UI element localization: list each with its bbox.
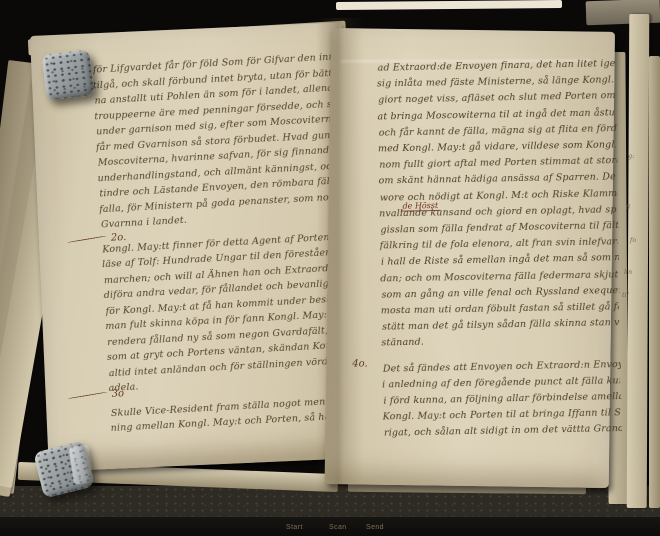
left-paragraph-3: Skulle Vice-Resident fram ställa nogot m…: [110, 392, 361, 436]
interlinear-insertion: de Hösst: [400, 201, 440, 212]
right-page-edge-stack: [649, 56, 660, 508]
right-page-edge-stack: [627, 14, 650, 508]
page-weight-stone-top: [41, 49, 94, 101]
right-paragraph-2: Det så fändes att Envoyen och Extraord:n…: [382, 357, 621, 442]
manuscript-line: stänand.: [381, 332, 619, 352]
right-page: 4o. de Hösst ad Extraord:de Envoyen fina…: [325, 28, 615, 488]
right-page-text: ad Extraord:de Envoyen finara, det han l…: [376, 56, 621, 451]
flourish-stroke: [67, 235, 107, 243]
left-page-text: för Lifgvardet får för föld Som för Gifv…: [92, 49, 362, 445]
book-scanner-preview: Start Scan Send g: 8 fo kn til 2o. 3o fö…: [0, 0, 660, 536]
edge-ink-mark: til: [622, 291, 629, 299]
manuscript-line: rigat, och sålan alt sidigt in om det vä…: [384, 421, 622, 442]
start-button[interactable]: Start: [286, 524, 303, 531]
send-button[interactable]: Send: [366, 524, 384, 531]
scan-button[interactable]: Scan: [329, 524, 347, 531]
margin-mark-4: 4o.: [352, 358, 368, 369]
edge-ink-mark: g:: [628, 152, 634, 160]
left-paragraph-1: för Lifgvardet får för föld Som för Gifv…: [92, 49, 351, 232]
edge-ink-mark: 8: [626, 203, 630, 211]
edge-ink-mark: kn: [624, 268, 632, 276]
flourish-stroke: [68, 392, 108, 400]
left-paragraph-2: Kongl. May:tt finner för detta Agent af …: [101, 229, 359, 397]
edge-ink-mark: fo: [630, 236, 636, 244]
top-fore-edge-sliver: [336, 0, 562, 10]
scanner-cradle: Start Scan Send: [0, 517, 660, 536]
